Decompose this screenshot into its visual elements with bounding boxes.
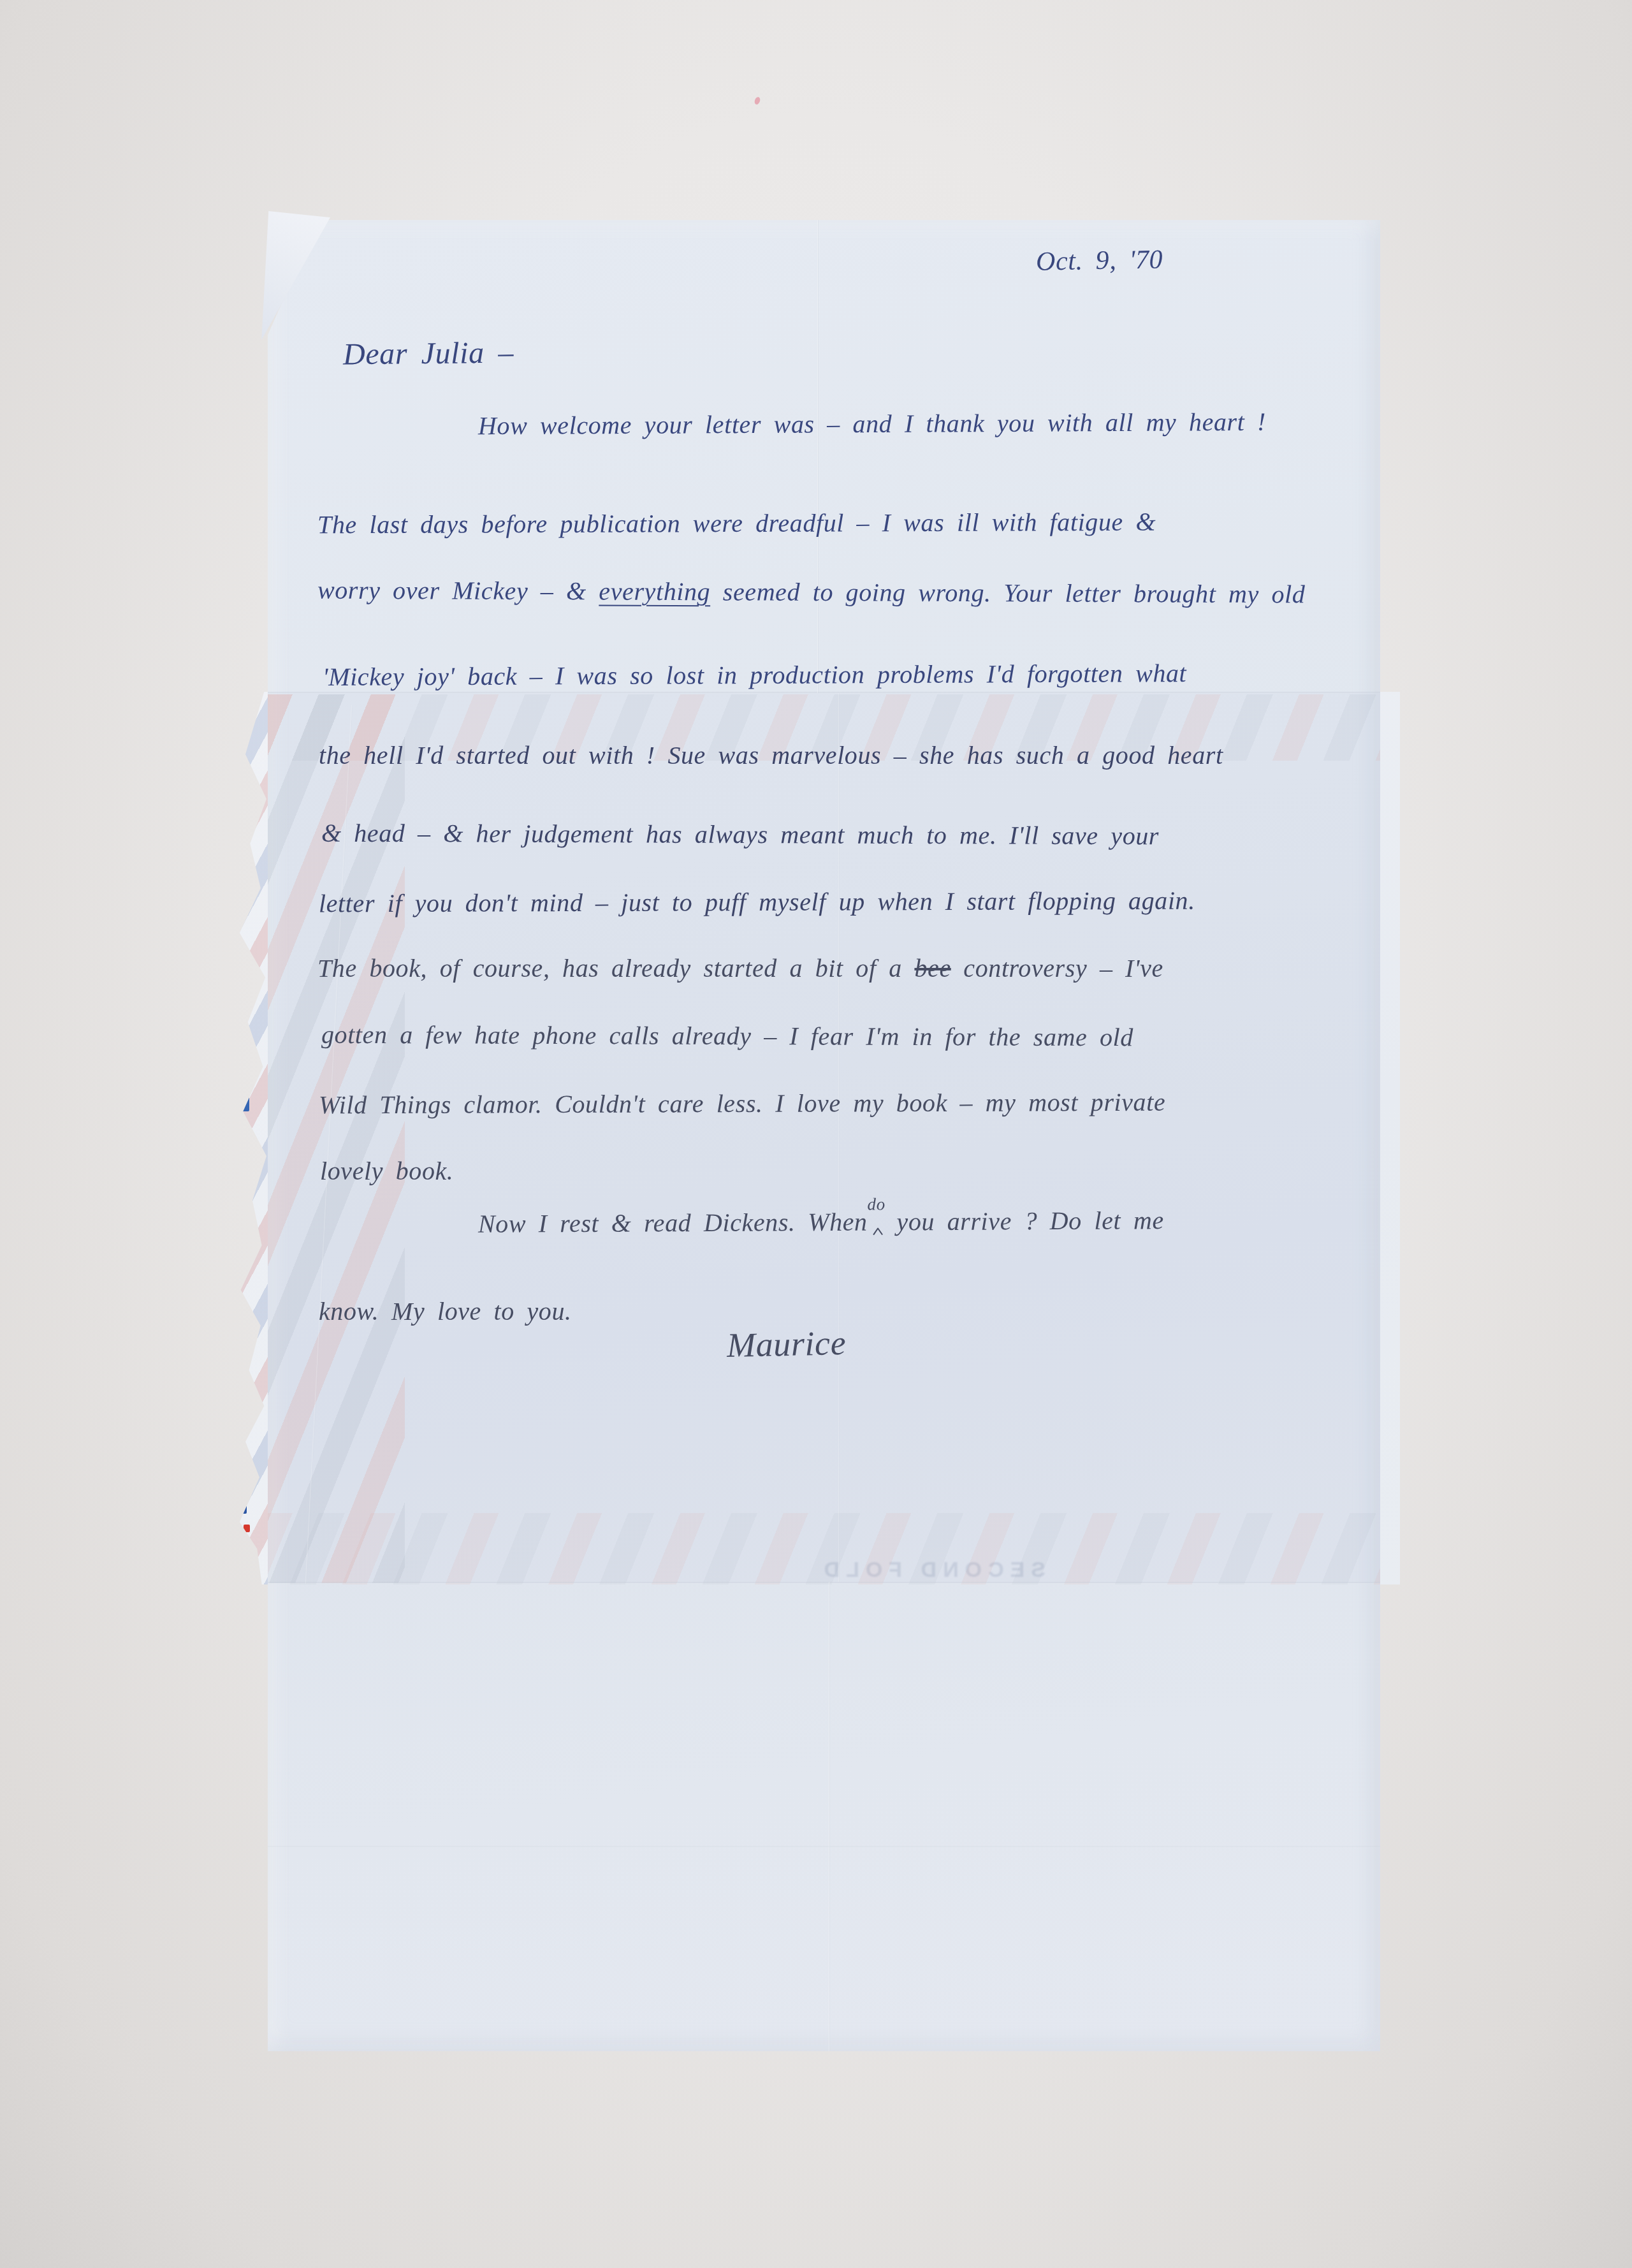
body-line-7-post: controversy – I've bbox=[951, 954, 1163, 983]
body-line-10: lovely book. bbox=[320, 1156, 453, 1186]
body-line-3: 'Mickey joy' back – I was so lost in pro… bbox=[323, 658, 1186, 692]
body-line-2-post: seemed to going wrong. Your letter broug… bbox=[710, 577, 1305, 608]
closing-line-1: Now I rest & read Dickens. Whendo you ar… bbox=[478, 1205, 1164, 1239]
fold-crease bbox=[829, 1582, 830, 2051]
body-line-1: The last days before publication were dr… bbox=[317, 507, 1156, 540]
closing-line-1-post: you arrive ? Do let me bbox=[884, 1206, 1164, 1236]
fold-crease bbox=[268, 1846, 1380, 1847]
underlined-word: everything bbox=[599, 577, 710, 606]
body-line-4: the hell I'd started out with ! Sue was … bbox=[319, 740, 1223, 770]
letter-photo: SECOND FOLD Oct. 9, '70 Dear Julia – How… bbox=[0, 0, 1632, 2268]
fold-crease bbox=[817, 220, 819, 693]
closing-line-1-pre: Now I rest & read Dickens. When bbox=[478, 1208, 868, 1238]
body-line-2-pre: worry over Mickey – & bbox=[317, 576, 599, 606]
second-fold-print: SECOND FOLD bbox=[739, 1558, 1045, 1583]
struck-out-word: bee bbox=[914, 954, 951, 983]
envelope-fleck bbox=[241, 980, 250, 1017]
body-line-7-pre: The book, of course, has already started… bbox=[317, 954, 914, 983]
body-line-7: The book, of course, has already started… bbox=[317, 953, 1163, 983]
date-line: Oct. 9, '70 bbox=[1036, 244, 1163, 277]
signature: Maurice bbox=[726, 1323, 846, 1365]
body-line-8: gotten a few hate phone calls already – … bbox=[321, 1020, 1133, 1052]
body-line-6: letter if you don't mind – just to puff … bbox=[319, 886, 1195, 919]
body-line-5: & head – & her judgement has always mean… bbox=[321, 818, 1159, 851]
caret-mark-icon bbox=[873, 1227, 883, 1235]
envelope-fleck bbox=[244, 1525, 250, 1532]
inserted-word: do bbox=[867, 1194, 885, 1214]
envelope-fleck bbox=[239, 1252, 248, 1268]
envelope-fleck bbox=[237, 1039, 244, 1051]
body-line-9: Wild Things clamor. Couldn't care less. … bbox=[319, 1087, 1165, 1120]
background-speck bbox=[754, 96, 761, 105]
closing-line-2: know. My love to you. bbox=[319, 1296, 572, 1326]
opening-line: How welcome your letter was – and I than… bbox=[478, 407, 1266, 441]
letter-paper: SECOND FOLD Oct. 9, '70 Dear Julia – How… bbox=[268, 220, 1380, 2051]
envelope-fleck bbox=[240, 1492, 247, 1514]
salutation-line: Dear Julia – bbox=[343, 335, 514, 372]
fold-crease bbox=[268, 692, 1380, 693]
body-line-2: worry over Mickey – & everything seemed … bbox=[317, 575, 1306, 610]
envelope-fleck bbox=[242, 1082, 249, 1111]
